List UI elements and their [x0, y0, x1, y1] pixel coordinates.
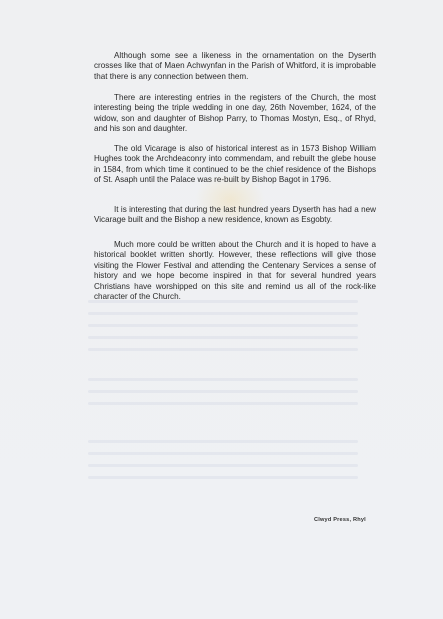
bleed-through-line — [88, 452, 358, 455]
paragraph-new-vicarage: It is interesting that during the last h… — [94, 205, 376, 226]
bleed-through-line — [88, 402, 358, 405]
bleed-through-line — [88, 336, 358, 339]
paragraph-crosses: Although some see a likeness in the orna… — [94, 51, 376, 82]
bleed-through-line — [88, 390, 358, 393]
bleed-through-line — [88, 440, 358, 443]
bleed-through-line — [88, 378, 358, 381]
bleed-through-line — [88, 476, 358, 479]
bleed-through-line — [88, 324, 358, 327]
bleed-through-line — [88, 464, 358, 467]
bleed-through-line — [88, 348, 358, 351]
paragraph-conclusion: Much more could be written about the Chu… — [94, 240, 376, 302]
printer-credit: Clwyd Press, Rhyl — [314, 517, 366, 523]
paragraph-registers: There are interesting entries in the reg… — [94, 93, 376, 135]
bleed-through-line — [88, 312, 358, 315]
paragraph-old-vicarage: The old Vicarage is also of historical i… — [94, 144, 376, 186]
document-page: Although some see a likeness in the orna… — [0, 0, 443, 619]
